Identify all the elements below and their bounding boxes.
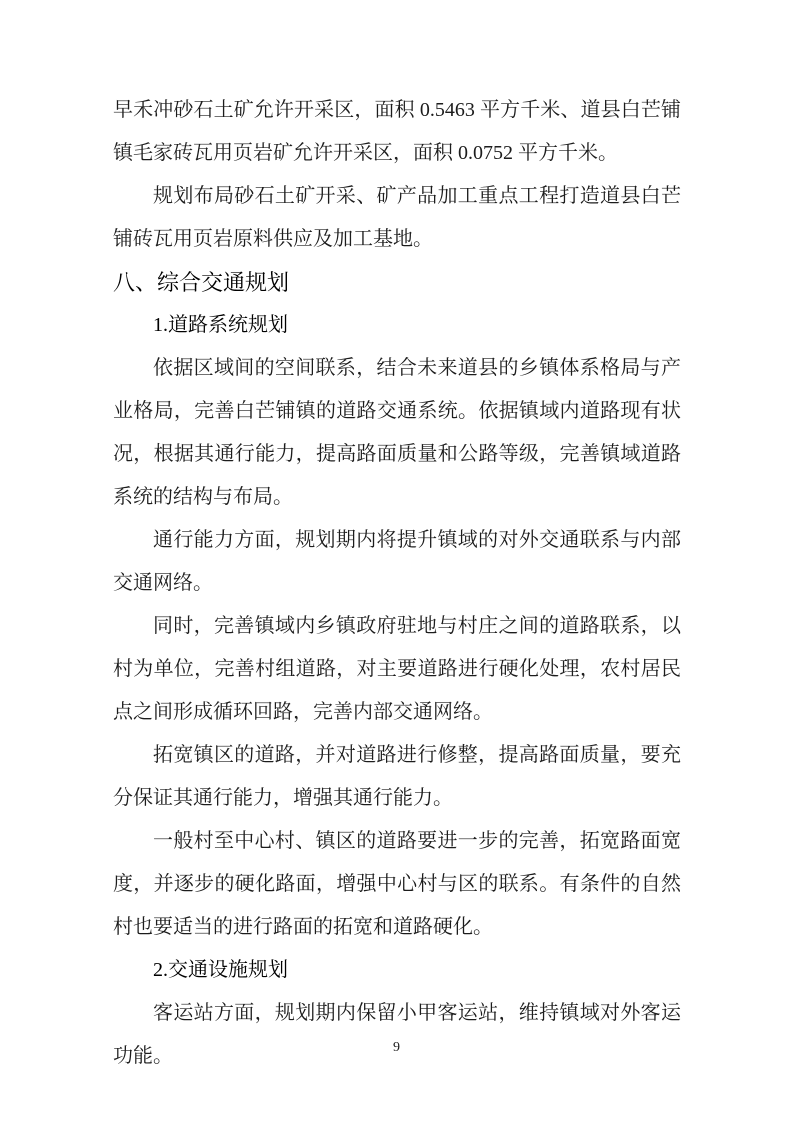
document-page: 早禾冲砂石土矿允许开采区，面积 0.5463 平方千米、道县白芒铺镇毛家砖瓦用页… [0, 0, 793, 1122]
section-heading: 八、综合交通规划 [113, 261, 681, 304]
document-content: 早禾冲砂石土矿允许开采区，面积 0.5463 平方千米、道县白芒铺镇毛家砖瓦用页… [113, 89, 681, 1078]
paragraph: 一般村至中心村、镇区的道路要进一步的完善，拓宽路面宽度，并逐步的硬化路面，增强中… [113, 820, 681, 949]
paragraph: 早禾冲砂石土矿允许开采区，面积 0.5463 平方千米、道县白芒铺镇毛家砖瓦用页… [113, 89, 681, 175]
paragraph: 客运站方面，规划期内保留小甲客运站，维持镇域对外客运功能。 [113, 992, 681, 1078]
subsection-heading: 1.道路系统规划 [113, 304, 681, 347]
paragraph: 规划布局砂石土矿开采、矿产品加工重点工程打造道县白芒铺砖瓦用页岩原料供应及加工基… [113, 175, 681, 261]
paragraph: 同时，完善镇域内乡镇政府驻地与村庄之间的道路联系，以村为单位，完善村组道路，对主… [113, 605, 681, 734]
page-number: 9 [0, 1038, 793, 1058]
paragraph: 拓宽镇区的道路，并对道路进行修整，提高路面质量，要充分保证其通行能力，增强其通行… [113, 734, 681, 820]
paragraph: 依据区域间的空间联系，结合未来道县的乡镇体系格局与产业格局，完善白芒铺镇的道路交… [113, 347, 681, 519]
subsection-heading: 2.交通设施规划 [113, 949, 681, 992]
paragraph: 通行能力方面，规划期内将提升镇域的对外交通联系与内部交通网络。 [113, 519, 681, 605]
